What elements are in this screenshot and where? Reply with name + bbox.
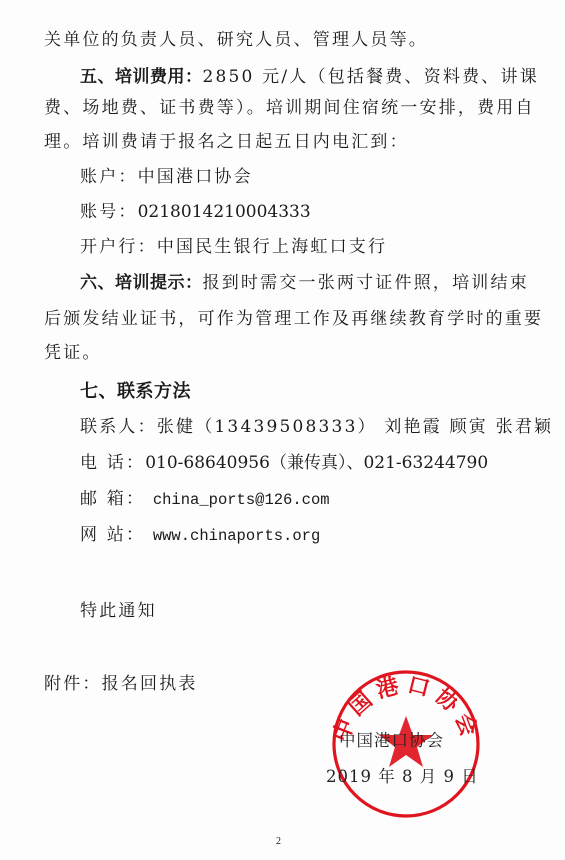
contact-primary: 张健（13439508333） — [157, 417, 377, 437]
attachment-label: 附件： — [44, 674, 102, 694]
section6-line2: 后颁发结业证书，可作为管理工作及再继续教育学时的重要 — [44, 308, 543, 330]
phone-row: 电 话：010-68640956（兼传真）、021-63244790 — [80, 452, 488, 474]
bank-label: 开户行： — [80, 237, 157, 257]
email-label: 邮 箱： — [80, 489, 145, 509]
account-number-row: 账号：0218014210004333 — [80, 201, 311, 223]
account-name-label: 账户： — [80, 167, 138, 187]
signature-organization: 中国港口协会 — [339, 727, 444, 751]
continuation-line: 关单位的负责人员、研究人员、管理人员等。 — [44, 29, 428, 51]
website-value[interactable]: www.chinaports.org — [153, 527, 320, 545]
section6-line1: 六、培训提示：报到时需交一张两寸证件照，培训结束 — [80, 272, 529, 294]
bank-value: 中国民生银行上海虹口支行 — [157, 237, 387, 257]
attachment-row: 附件：报名回执表 — [44, 673, 198, 695]
website-label: 网 站： — [80, 525, 145, 545]
section5-line1: 五、培训费用：2850 元/人（包括餐费、资料费、讲课 — [80, 66, 539, 88]
account-number-value: 0218014210004333 — [138, 202, 311, 222]
document-page: 关单位的负责人员、研究人员、管理人员等。 五、培训费用：2850 元/人（包括餐… — [0, 0, 565, 860]
section6-line1-text: 报到时需交一张两寸证件照，培训结束 — [203, 273, 529, 293]
phone-label: 电 话： — [80, 453, 145, 473]
website-row: 网 站： www.chinaports.org — [80, 524, 320, 547]
section5-line3: 理。培训费请于报名之日起五日内电汇到： — [44, 131, 409, 153]
section6-line3: 凭证。 — [44, 342, 102, 364]
attachment-value: 报名回执表 — [102, 674, 198, 694]
contact-row: 联系人：张健（13439508333） 刘艳霞 顾寅 张君颖 — [80, 416, 553, 438]
signature-date: 2019 年 8 月 9 日 — [326, 763, 479, 787]
bank-row: 开户行：中国民生银行上海虹口支行 — [80, 236, 387, 258]
email-value[interactable]: china_ports@126.com — [153, 491, 330, 509]
phone-value: 010-68640956（兼传真）、021-63244790 — [145, 453, 488, 473]
contact-others: 刘艳霞 顾寅 张君颖 — [384, 417, 553, 437]
account-number-label: 账号： — [80, 202, 138, 222]
section6-heading: 六、培训提示： — [80, 273, 203, 293]
section5-line1-text: 2850 元/人（包括餐费、资料费、讲课 — [203, 67, 539, 87]
section5-line2: 费、场地费、证书费等）。培训期间住宿统一安排，费用自 — [44, 97, 535, 119]
section7-heading: 七、联系方法 — [80, 381, 191, 403]
page-number: 2 — [276, 836, 281, 847]
closing-text: 特此通知 — [80, 600, 157, 622]
account-name-row: 账户：中国港口协会 — [80, 166, 253, 188]
contact-label: 联系人： — [80, 417, 157, 437]
account-name-value: 中国港口协会 — [138, 167, 253, 187]
section5-heading: 五、培训费用： — [80, 67, 203, 87]
email-row: 邮 箱： china_ports@126.com — [80, 488, 330, 511]
